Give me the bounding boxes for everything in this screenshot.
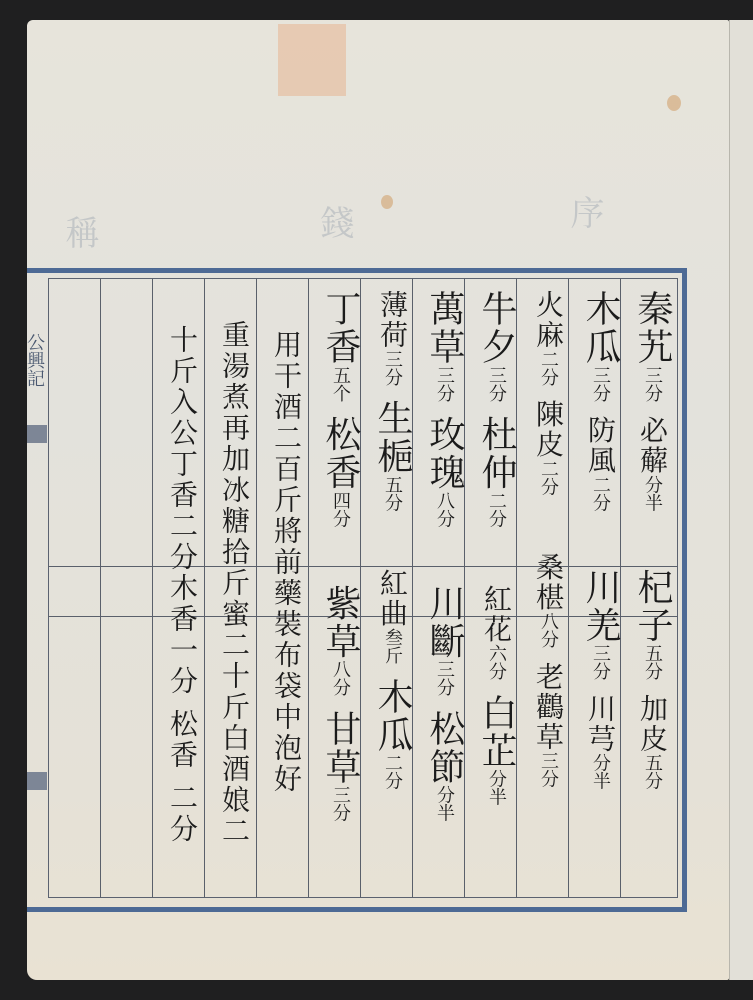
- recipe-column-4: 牛夕三分 杜仲二分 紅花六分 白芷分半: [472, 290, 520, 806]
- recipe-column-3: 火麻二分 陳皮二分 桑椹八分 老鸛草三分: [524, 290, 572, 788]
- column-rule: [100, 278, 101, 898]
- spine-mark: [27, 772, 47, 790]
- show-through-char: 序: [560, 195, 609, 229]
- spine-mark: [27, 425, 47, 443]
- recipe-column-6: 薄荷三分 生梔五分 紅曲叁斤 木瓜二分: [368, 290, 416, 790]
- adjacent-page-edge: [729, 20, 753, 980]
- show-through-char: 錢: [310, 205, 359, 239]
- column-rule: [256, 278, 257, 898]
- recipe-column-2: 木瓜三分 防風二分 川羌三分 川芎分半: [576, 290, 624, 790]
- instruction-column-3: 十斤入公丁香二分木香一分 松香 二分: [162, 325, 202, 845]
- recipe-column-5: 萬草三分 玫瑰八分 川斷三分 松節分半: [420, 290, 468, 822]
- faded-seal-stamp: [278, 24, 346, 96]
- spine-label: 公興記: [27, 285, 47, 435]
- column-rule: [152, 278, 153, 898]
- instruction-column-1: 用干酒二百斤將前藥裝布袋中泡好: [266, 330, 306, 795]
- show-through-char: 稱: [55, 215, 104, 249]
- instruction-column-2: 重湯煮再加冰糖拾斤蜜二十斤白酒娘二: [214, 320, 254, 847]
- foxing-stain: [667, 95, 681, 111]
- column-rule: [308, 278, 309, 898]
- recipe-column-1: 秦艽三分 必薢分半 杞子五分 加皮五分: [628, 290, 676, 790]
- foxing-stain: [381, 195, 393, 209]
- column-rule: [204, 278, 205, 898]
- recipe-column-7: 丁香五个 松香四分 紫草八分 甘草三分: [316, 290, 364, 822]
